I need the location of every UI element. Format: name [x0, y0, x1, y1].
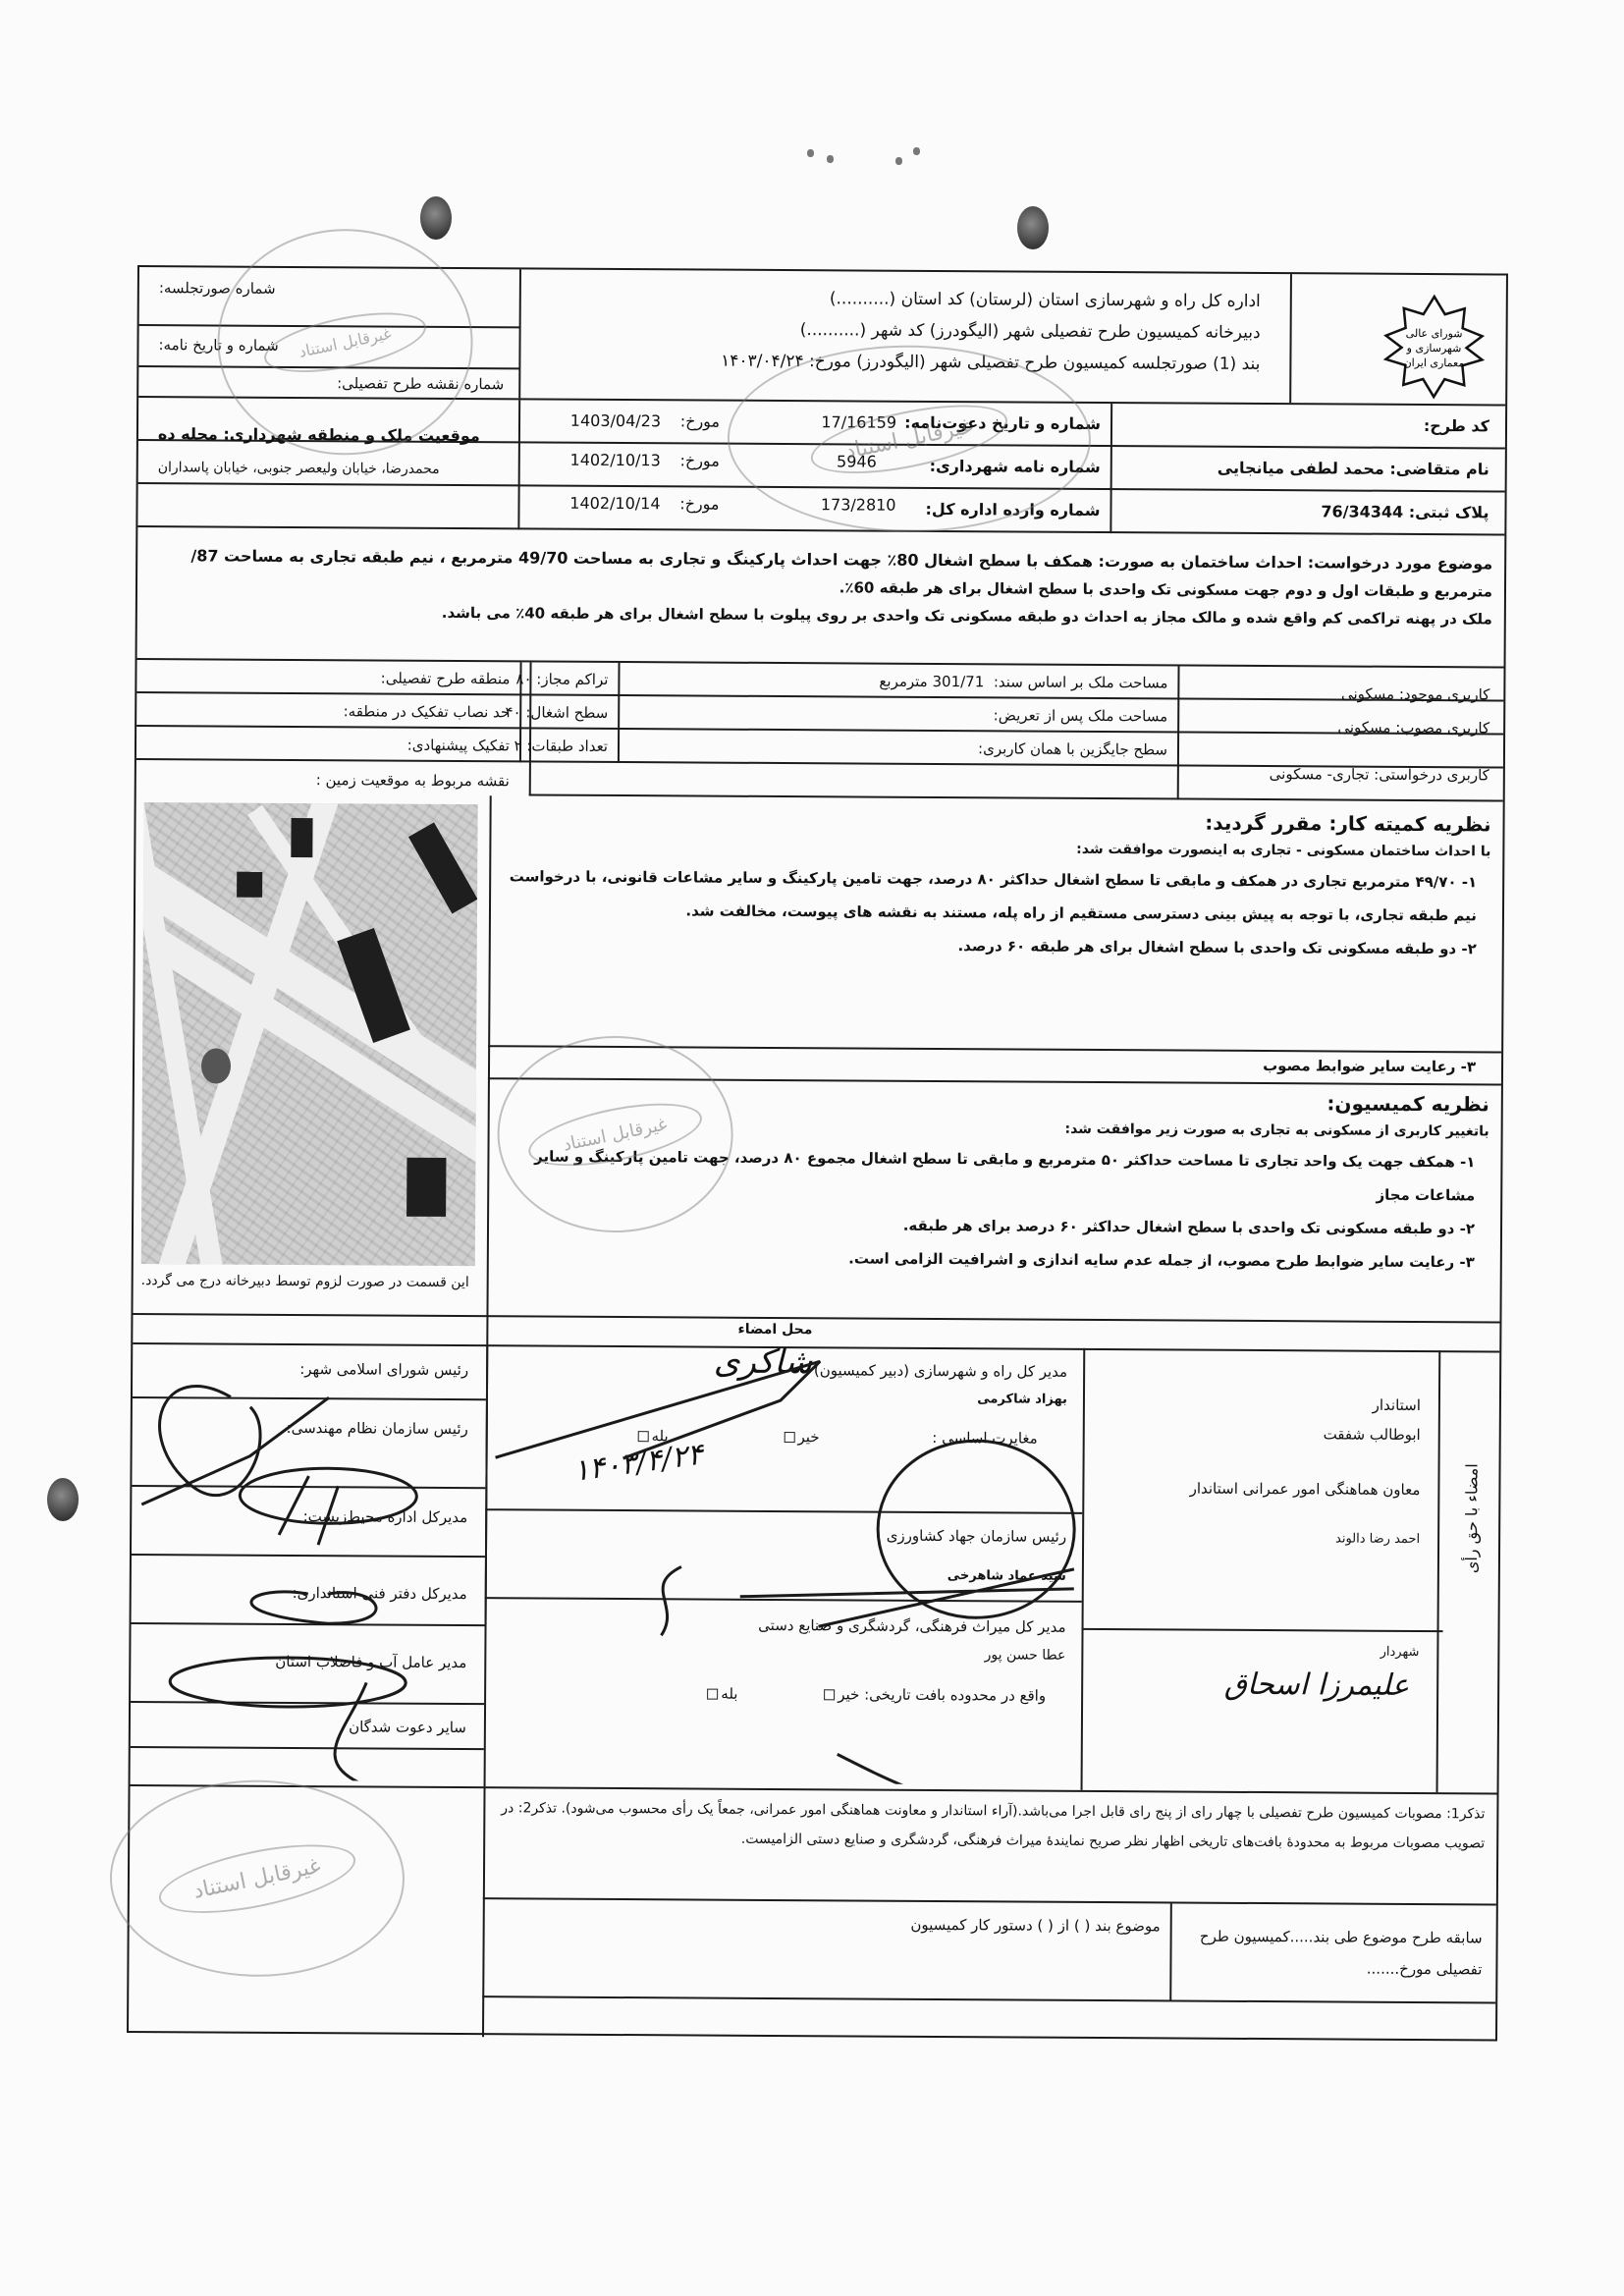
notes-text: تذکر1: مصوبات کمیسیون طرح تفصیلی با چهار…: [495, 1793, 1485, 1858]
council-logo: شورای عالی شهرسازی و معماری ایران: [1380, 293, 1489, 402]
deputy-governor-label: معاون هماهنگی امور عمرانی استاندار: [1190, 1480, 1421, 1500]
logo-text-2: شهرسازی و: [1406, 342, 1462, 355]
agriculture-head-name: سید عماد شاهرخی: [947, 1568, 1066, 1585]
stamp-not-valid: غیرقابل استناد: [109, 1779, 405, 1978]
existing-use: کاربری موجود: مسکونی: [1341, 684, 1489, 704]
location-value: محمدرضا، خیابان ولیعصر جنوبی، خیابان پاس…: [158, 460, 440, 478]
signature-place-label: محل امضاء: [738, 1322, 813, 1339]
municipality-dated-label: مورخ:: [679, 451, 719, 470]
mayor-label: شهردار: [1380, 1645, 1420, 1661]
road-director-label: مدیر کل راه و شهرسازی (دبیر کمیسیون): [814, 1361, 1067, 1381]
agenda-item: موضوع بند ( ) از ( ) دستور کار کمیسیون: [910, 1916, 1160, 1936]
historic-fabric: واقع در محدوده بافت تاریخی: خیر بله: [704, 1685, 1046, 1706]
location-label: موقعیت ملک و منطقه شهرداری: محله ده: [158, 424, 480, 446]
site-location-map: [141, 802, 478, 1266]
header-line-2: دبیرخانه کمیسیون طرح تفصیلی شهر (الیگودر…: [721, 314, 1260, 349]
heritage-director-label: مدیر کل میراث فرهنگی، گردشگری و صنایع دس…: [758, 1616, 1065, 1637]
punch-hole: [47, 1478, 79, 1521]
registration-plate: پلاک ثبتی: 76/34344: [1321, 502, 1489, 522]
historic-yes-checkbox[interactable]: [707, 1689, 718, 1700]
commission-minutes-form: شورای عالی شهرسازی و معماری ایران اداره …: [127, 265, 1508, 2041]
header-line-3: بند (1) صورتجلسه کمیسیون طرح تفصیلی شهر …: [721, 346, 1260, 380]
allowed-density: تراکم مجاز: ۸۰: [515, 670, 608, 688]
handwritten-date: ۱۴۰۳/۴/۲۴: [571, 1436, 706, 1490]
commission-section: نظریه کمیسیون: باتغییر کاربری از مسکونی …: [499, 1084, 1489, 1279]
municipality-letter-number: 5946: [837, 452, 877, 471]
minutes-number-label: شماره صورتجلسه:: [159, 279, 276, 298]
road-director-name: بهزاد شاکرمی: [977, 1392, 1067, 1408]
water-company-ceo-label: مدیر عامل آب و فاضلاب استان: [275, 1653, 466, 1672]
map-label: نقشه مربوط به موقعیت زمین :: [316, 771, 510, 791]
municipality-letter-date: 1402/10/13: [570, 451, 661, 471]
request-text: موضوع مورد درخواست: احداث ساختمان به صور…: [145, 542, 1492, 632]
logo-text-3: معماری ایران: [1404, 356, 1465, 369]
incoming-dated-label: مورخ:: [679, 494, 719, 514]
header-line-1: اداره کل راه و شهرسازی استان (لرستان) کد…: [721, 283, 1260, 317]
working-committee-item-1: ۱- ۴۹/۷۰ مترمربع تجاری در همکف و مابقی ت…: [501, 859, 1490, 932]
punch-hole: [420, 196, 452, 240]
working-committee-section: نظریه کمیته کار: مقرر گردید: با احداث سا…: [501, 804, 1491, 965]
invitation-label: شماره و تاریخ دعوت‌نامه:: [904, 413, 1101, 434]
min-subdivision-label: حد نصاب تفکیک در منطقه:: [344, 702, 511, 722]
historic-no-checkbox[interactable]: [824, 1689, 835, 1700]
agriculture-head-label: رئیس سازمان جهاد کشاورزی: [887, 1527, 1067, 1547]
invitation-number: 17/16159: [821, 412, 896, 432]
occupancy-ratio: سطح اشغال: ۴۰: [505, 703, 608, 722]
conflict-no-checkbox[interactable]: [784, 1432, 794, 1443]
mayor-handwritten-name: علیمرزا اسحاق: [1224, 1667, 1410, 1705]
technical-office-director-label: مدیرکل دفتر فنی استانداری:: [293, 1584, 467, 1604]
incoming-number-label: شماره وارده اداره کل:: [925, 500, 1100, 520]
other-invitees-label: سایر دعوت شدگان: [349, 1718, 466, 1736]
deputy-governor-name: احمد رضا دالوند: [1335, 1531, 1420, 1548]
approved-use: کاربری مصوب: مسکونی: [1337, 718, 1489, 738]
governor-label: استاندار: [1373, 1396, 1421, 1415]
handwritten-signature: شاکری: [714, 1341, 813, 1384]
working-committee-item-3: ۳- رعایت سایر ضوابط مصوب: [1263, 1052, 1476, 1080]
punch-hole: [1017, 206, 1049, 249]
working-committee-item-2: ۲- دو طبقه مسکونی تک واحدی با سطح اشغال …: [501, 926, 1490, 965]
incoming-date: 1402/10/14: [569, 494, 660, 515]
commission-item-1: ۱- همکف جهت یک واحد تجاری تا مساحت حداکث…: [499, 1139, 1489, 1212]
detailed-plan-map-number-label: شماره نقشه طرح تفصیلی:: [158, 373, 504, 394]
floor-count: تعداد طبقات: ۲: [514, 737, 608, 755]
engineering-org-head-label: رئیس سازمان نظام مهندسی:: [287, 1419, 468, 1439]
invitation-date: 1403/04/23: [570, 411, 661, 432]
proposed-subdivision-label: تفکیک پیشنهادی:: [407, 737, 510, 755]
area-by-deed: مساحت ملک بر اساس سند: 301/71 مترمربع: [879, 673, 1167, 693]
incoming-number: 173/2810: [821, 495, 896, 515]
applicant-name: نام متقاضی: محمد لطفی میانجایی: [1218, 459, 1489, 480]
logo-text-1: شورای عالی: [1406, 327, 1463, 340]
zone-label: منطقه طرح تفصیلی:: [381, 670, 511, 689]
area-after-widening-label: مساحت ملک پس از تعریض:: [994, 706, 1168, 726]
municipality-letter-label: شماره نامه شهرداری:: [930, 457, 1101, 477]
header-titles: اداره کل راه و شهرسازی استان (لرستان) کد…: [721, 283, 1261, 380]
speck: [827, 155, 834, 163]
requested-use: کاربری درخواستی: تجاری- مسکونی: [1270, 765, 1489, 785]
environment-director-label: مدیرکل اداره محیط‌زیست:: [303, 1507, 468, 1527]
plan-code-label: کد طرح:: [1424, 416, 1489, 436]
signature-scribbles: [131, 1338, 1504, 1788]
letter-number-date-label: شماره و تاریخ نامه:: [158, 336, 278, 355]
heritage-director-name: عطا حسن پور: [985, 1647, 1066, 1665]
speck: [895, 157, 902, 165]
conflict-yes-checkbox[interactable]: [637, 1431, 648, 1442]
city-council-head-label: رئیس شورای اسلامی شهر:: [299, 1360, 468, 1380]
invitation-dated-label: مورخ:: [680, 411, 720, 431]
governor-name: ابوطالب شفقت: [1324, 1425, 1421, 1444]
speck: [913, 147, 920, 155]
speck: [807, 149, 814, 157]
history-line-2: تفصیلی مورخ.......: [1367, 1960, 1483, 1979]
history-line-1: سابقه طرح موضوع طی بند.....کمیسیون طرح: [1200, 1928, 1483, 1948]
replacement-area-label: سطح جایگزین با همان کاربری:: [978, 739, 1167, 759]
vote-column-label: امضاء با حق رأی: [1462, 1463, 1482, 1573]
